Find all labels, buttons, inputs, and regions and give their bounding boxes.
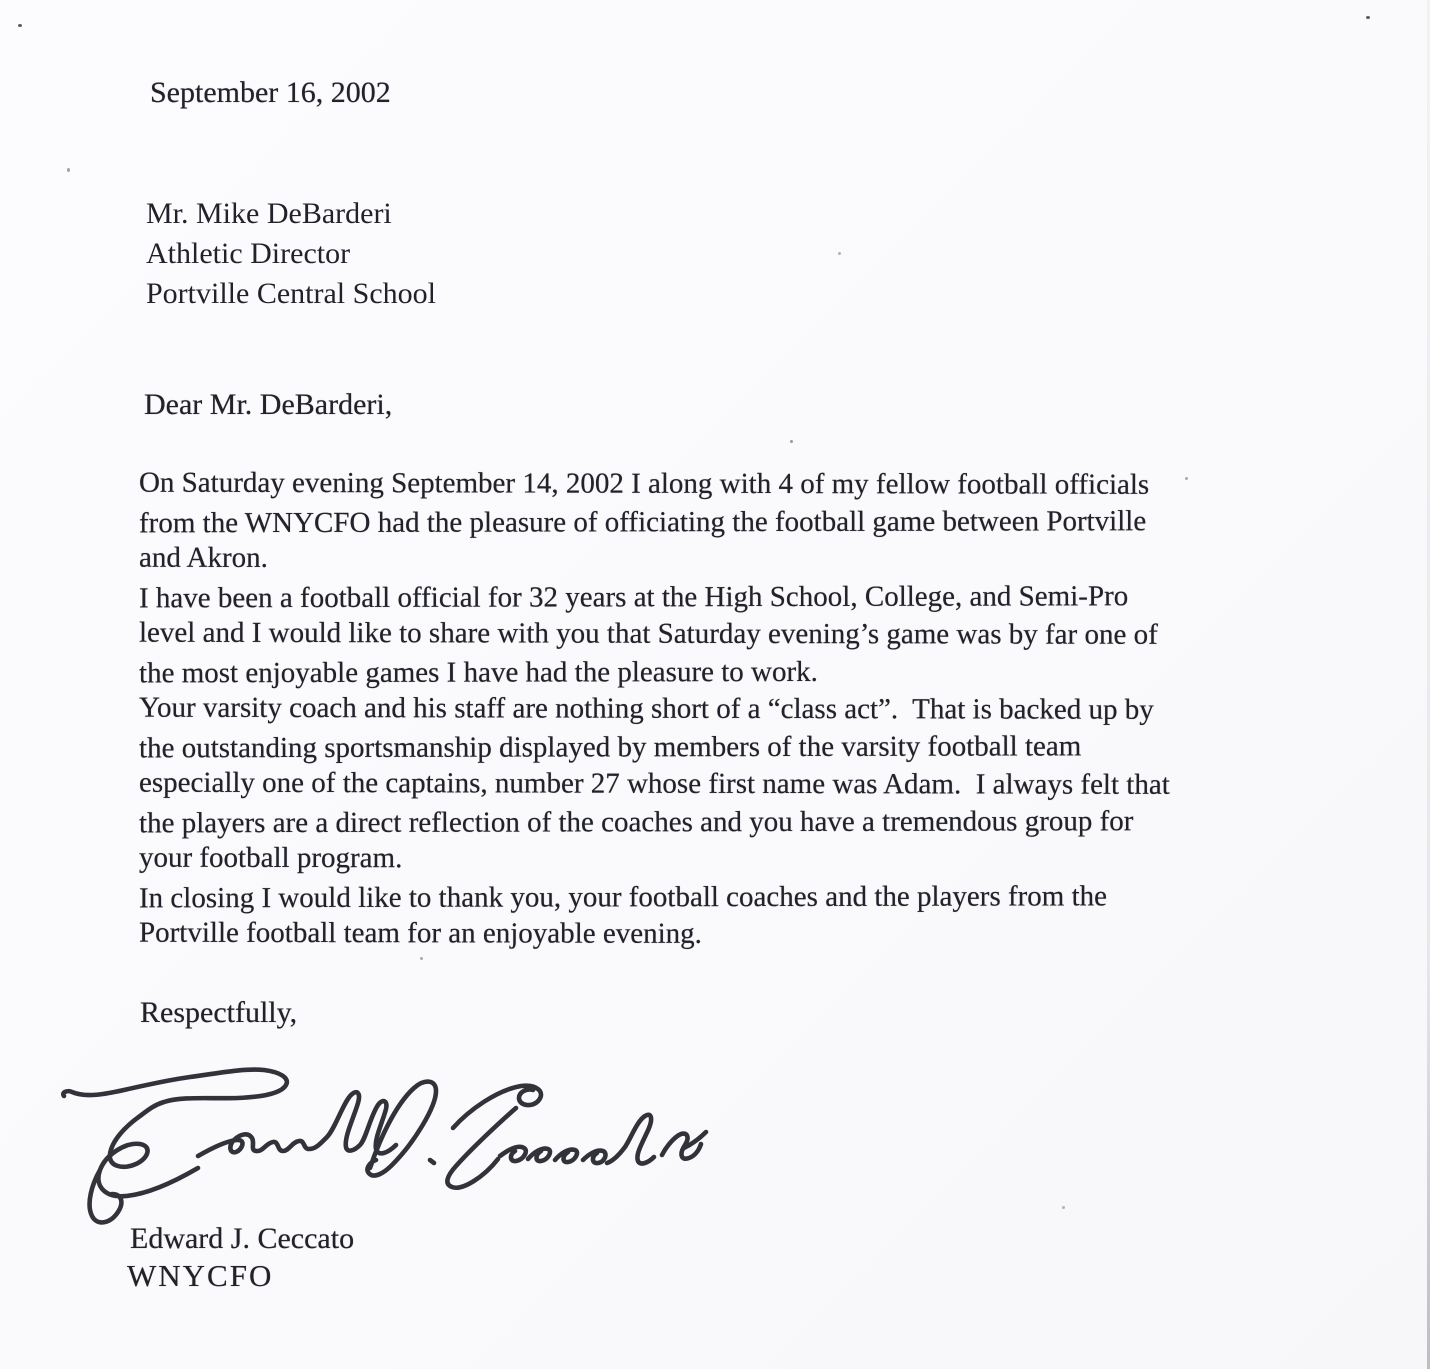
signer-organization: WNYCFO	[127, 1258, 273, 1294]
recipient-name: Mr. Mike DeBarderi	[146, 194, 436, 234]
scan-speck	[1366, 16, 1370, 19]
letter-date: September 16, 2002	[150, 76, 391, 110]
body-line: I have been a football official for 32 y…	[139, 577, 1409, 617]
body-line: especially one of the captains, number 2…	[139, 765, 1409, 805]
body-line: Your varsity coach and his staff are not…	[139, 690, 1409, 730]
body-line: On Saturday evening September 14, 2002 I…	[139, 465, 1409, 505]
body-line: the outstanding sportsmanship displayed …	[139, 727, 1409, 767]
scan-speck	[18, 24, 22, 27]
scan-speck	[790, 440, 793, 443]
body-line: In closing I would like to thank you, yo…	[139, 877, 1409, 917]
scan-speck	[67, 168, 70, 172]
body-line: your football program.	[139, 840, 1409, 880]
handwritten-signature	[48, 1056, 748, 1231]
salutation: Dear Mr. DeBarderi,	[144, 388, 392, 422]
scan-speck	[838, 252, 841, 255]
scan-speck	[1062, 1206, 1065, 1209]
body-line: and Akron.	[139, 540, 1409, 580]
body-line: from the WNYCFO had the pleasure of offi…	[139, 502, 1409, 542]
body-line: the players are a direct reflection of t…	[139, 802, 1409, 842]
scan-speck	[420, 957, 423, 960]
body-line: the most enjoyable games I have had the …	[139, 652, 1409, 692]
closing-respectfully: Respectfully,	[140, 996, 297, 1030]
recipient-title: Athletic Director	[146, 234, 436, 274]
scan-speck	[1185, 477, 1188, 480]
body-line: level and I would like to share with you…	[139, 615, 1409, 655]
body-line: Portville football team for an enjoyable…	[139, 915, 1409, 955]
letter-body: On Saturday evening September 14, 2002 I…	[139, 466, 1409, 954]
scanned-letter-page: September 16, 2002 Mr. Mike DeBarderi At…	[0, 0, 1430, 1369]
signer-name: Edward J. Ceccato	[130, 1222, 354, 1256]
recipient-organization: Portville Central School	[146, 274, 436, 314]
signature-image	[48, 1056, 748, 1231]
recipient-address-block: Mr. Mike DeBarderi Athletic Director Por…	[146, 194, 436, 314]
